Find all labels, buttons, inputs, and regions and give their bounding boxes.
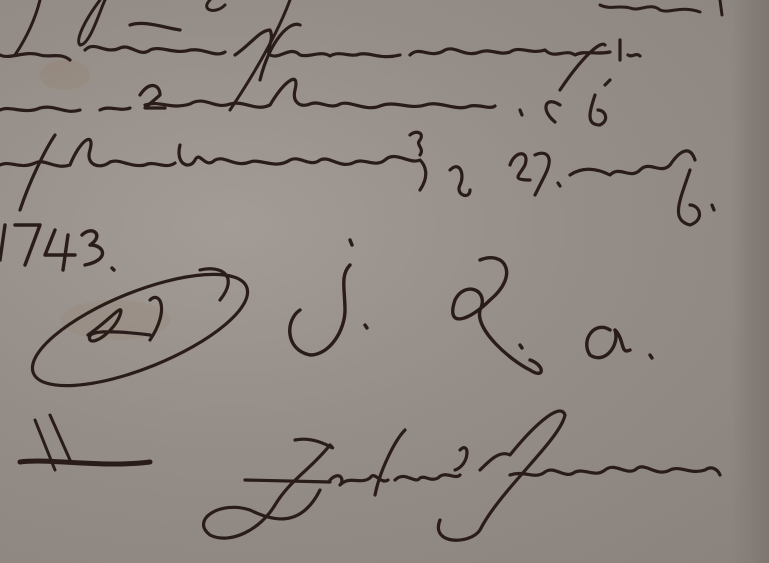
handwriting-line-3 [0, 79, 610, 125]
handwriting-line-2 [0, 23, 640, 90]
paraph-mark [19, 252, 261, 409]
handwriting-ink [0, 0, 769, 563]
struck-mark [20, 415, 150, 470]
initials-ink [290, 240, 652, 373]
handwriting-line-5 [0, 225, 114, 270]
handwriting-line-4 [0, 132, 714, 225]
signature-ink [204, 411, 720, 540]
document-photo: ... ontwerpt van beyden Scholtes onderte… [0, 0, 769, 563]
